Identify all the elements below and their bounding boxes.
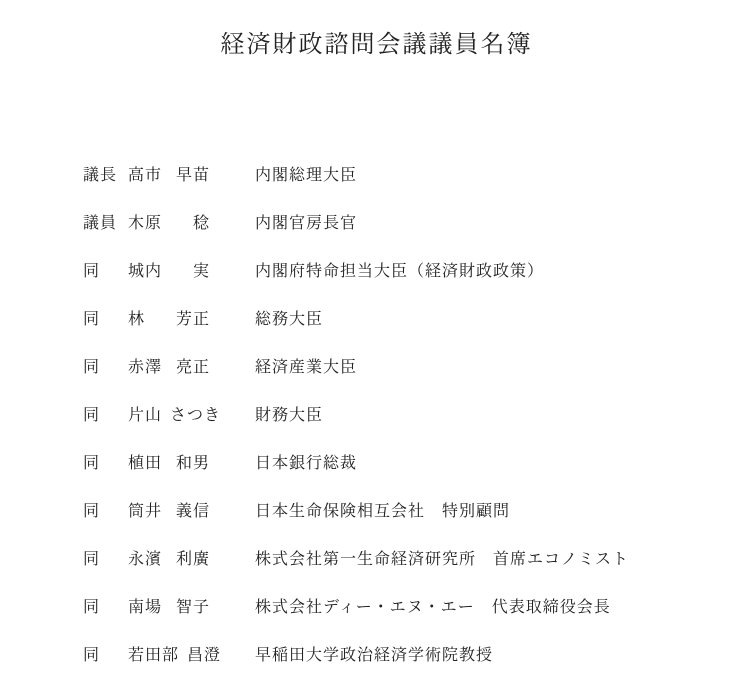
member-role-label: 同 (83, 645, 128, 664)
member-family-name: 植田 (128, 453, 162, 472)
member-role-label: 同 (83, 597, 128, 616)
member-name: 城内 実 (128, 261, 210, 280)
member-given-name: 義信 (176, 501, 210, 520)
member-family-name: 永濱 (128, 549, 162, 568)
member-family-name: 高市 (128, 165, 162, 184)
member-row: 同 筒井 義信 日本生命保険相互会社 特別顧問 (83, 501, 753, 520)
member-position: 日本銀行総裁 (255, 453, 357, 472)
member-position: 総務大臣 (255, 309, 323, 328)
member-role-label: 同 (83, 357, 128, 376)
member-name: 片山 さつき (128, 405, 210, 424)
member-given-name: 利廣 (176, 549, 210, 568)
member-list: 議長 高市 早苗 内閣総理大臣 議員 木原 稔 内閣官房長官 同 城内 実 内閣… (83, 165, 753, 664)
member-family-name: 城内 (128, 261, 162, 280)
member-role-label: 同 (83, 261, 128, 280)
member-name: 赤澤 亮正 (128, 357, 210, 376)
member-name: 南場 智子 (128, 597, 210, 616)
member-position: 内閣総理大臣 (255, 165, 357, 184)
member-given-name: 早苗 (176, 165, 210, 184)
member-role-label: 同 (83, 405, 128, 424)
member-given-name: 亮正 (176, 357, 210, 376)
member-name: 高市 早苗 (128, 165, 210, 184)
member-given-name: 芳正 (176, 309, 210, 328)
member-position: 株式会社ディー・エヌ・エー 代表取締役会長 (255, 597, 611, 616)
member-name: 植田 和男 (128, 453, 210, 472)
member-name: 木原 稔 (128, 213, 210, 232)
member-position: 内閣府特命担当大臣（経済財政政策） (255, 261, 544, 280)
member-row: 同 永濱 利廣 株式会社第一生命経済研究所 首席エコノミスト (83, 549, 753, 568)
member-given-name: 稔 (193, 213, 210, 232)
member-family-name: 林 (128, 309, 145, 328)
member-name: 林 芳正 (128, 309, 210, 328)
page-title: 経済財政諮問会議議員名簿 (0, 0, 753, 60)
member-row: 同 林 芳正 総務大臣 (83, 309, 753, 328)
member-role-label: 同 (83, 549, 128, 568)
member-position: 財務大臣 (255, 405, 323, 424)
member-family-name: 片山 (128, 405, 162, 424)
member-given-name: 和男 (176, 453, 210, 472)
member-row: 議長 高市 早苗 内閣総理大臣 (83, 165, 753, 184)
member-role-label: 同 (83, 309, 128, 328)
member-position: 早稲田大学政治経済学術院教授 (255, 645, 493, 664)
document-page: 経済財政諮問会議議員名簿 議長 高市 早苗 内閣総理大臣 議員 木原 稔 内閣官… (0, 0, 753, 692)
member-position: 経済産業大臣 (255, 357, 357, 376)
member-row: 同 南場 智子 株式会社ディー・エヌ・エー 代表取締役会長 (83, 597, 753, 616)
member-name: 永濱 利廣 (128, 549, 210, 568)
member-row: 同 植田 和男 日本銀行総裁 (83, 453, 753, 472)
member-family-name: 木原 (128, 213, 162, 232)
member-role-label: 議長 (83, 165, 128, 184)
member-given-name: 昌澄 (187, 645, 221, 664)
member-role-label: 同 (83, 453, 128, 472)
member-row: 議員 木原 稔 内閣官房長官 (83, 213, 753, 232)
member-family-name: 筒井 (128, 501, 162, 520)
member-given-name: 智子 (176, 597, 210, 616)
member-row: 同 片山 さつき 財務大臣 (83, 405, 753, 424)
member-role-label: 同 (83, 501, 128, 520)
member-name: 筒井 義信 (128, 501, 210, 520)
member-role-label: 議員 (83, 213, 128, 232)
member-given-name: 実 (193, 261, 210, 280)
member-given-name: さつき (170, 405, 221, 424)
member-row: 同 城内 実 内閣府特命担当大臣（経済財政政策） (83, 261, 753, 280)
member-position: 株式会社第一生命経済研究所 首席エコノミスト (255, 549, 629, 568)
member-position: 内閣官房長官 (255, 213, 357, 232)
member-name: 若田部 昌澄 (128, 645, 210, 664)
member-row: 同 赤澤 亮正 経済産業大臣 (83, 357, 753, 376)
member-position: 日本生命保険相互会社 特別顧問 (255, 501, 510, 520)
member-family-name: 赤澤 (128, 357, 162, 376)
member-family-name: 南場 (128, 597, 162, 616)
member-row: 同 若田部 昌澄 早稲田大学政治経済学術院教授 (83, 645, 753, 664)
member-family-name: 若田部 (128, 645, 179, 664)
